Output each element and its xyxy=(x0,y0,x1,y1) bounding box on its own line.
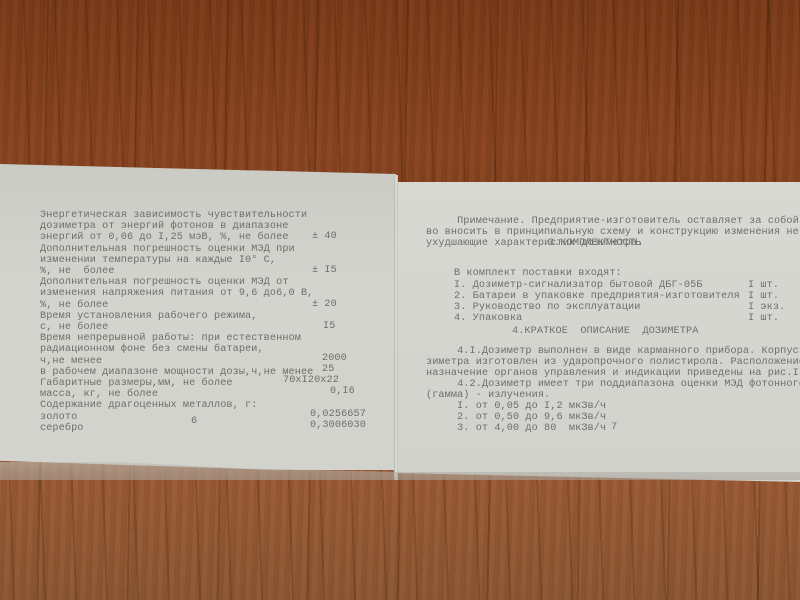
spec-value: 0,3006030 xyxy=(310,420,366,431)
spec-line: в рабочем диапазоне мощности дозы,ч,не м… xyxy=(40,367,313,378)
spec-value: ± 20 xyxy=(312,299,337,310)
spec-line: энергий от 0,06 до I,25 мэВ, %, не более xyxy=(40,232,289,243)
spec-line: %, не более xyxy=(40,300,108,311)
description-line: зиметра изготовлен из ударопрочного поли… xyxy=(426,357,800,368)
kit-item-qty: I шт. xyxy=(748,313,779,324)
spec-value: ± I5 xyxy=(312,265,337,276)
spec-line: изменения напряжения питания от 9,6 до6,… xyxy=(40,288,313,299)
spec-line: ч,не менее xyxy=(40,356,102,367)
kit-item-qty: I экз. xyxy=(748,302,785,313)
spec-line: радиационном фоне без смены батареи, xyxy=(40,344,264,355)
spec-value: 0,0256657 xyxy=(310,409,366,420)
spec-line: масса, кг, не более xyxy=(40,389,158,400)
kit-item-qty: I шт. xyxy=(748,291,779,302)
page-number-left: 6 xyxy=(191,416,197,427)
spec-value: 25 xyxy=(322,364,334,375)
description-line: назначение органов управления и индикаци… xyxy=(426,368,800,379)
spec-line: золото xyxy=(40,412,77,423)
spec-value: ± 40 xyxy=(312,231,337,242)
kit-item-name: 4. Упаковка xyxy=(454,313,522,324)
description-line: I. от 0,05 до I,2 мкЗв/ч xyxy=(426,401,606,412)
note-line: во вносить в принципиальную схему и конс… xyxy=(426,227,799,238)
spec-line: Время непрерывной работы: при естественн… xyxy=(40,333,301,344)
description-line: 3. от 4,00 до 80 мкЗв/ч xyxy=(426,423,606,434)
note-line: Примечание. Предприятие-изготовитель ост… xyxy=(426,216,800,227)
description-line: 4.I.Дозиметр выполнен в виде карманного … xyxy=(426,346,800,357)
spec-line: Время установления рабочего режима, xyxy=(40,311,257,322)
booklet-spine xyxy=(394,175,398,480)
kit-intro: В комплект поставки входят: xyxy=(454,268,622,279)
spec-line: серебро xyxy=(40,423,84,434)
spec-line: Дополнительная погрешность оценки МЭД от xyxy=(40,277,289,288)
right-page: Примечание. Предприятие-изготовитель ост… xyxy=(396,182,800,482)
left-page: Энергетическая зависимость чувствительно… xyxy=(0,164,396,470)
section-4-title: 4.КРАТКОЕ ОПИСАНИЕ ДОЗИМЕТРА xyxy=(512,326,698,337)
description-line: 2. от 0,50 до 9,6 мкЗв/ч xyxy=(426,412,606,423)
spec-value: 70xI20x22 xyxy=(283,375,339,386)
spec-value: 2000 xyxy=(322,353,347,364)
spec-line: Дополнительная погрешность оценки МЭД пр… xyxy=(40,244,295,255)
kit-item-name: 2. Батареи в упаковке предприятия-изгото… xyxy=(454,291,740,302)
spec-line: дозиметра от энергий фотонов в диапазоне xyxy=(40,221,289,232)
kit-item-name: 3. Руководство по эксплуатации xyxy=(454,302,640,313)
spec-line: с, не более xyxy=(40,322,108,333)
description-line: 4.2.Дозиметр имеет три поддиапазона оцен… xyxy=(426,379,800,390)
spec-line: %, не более xyxy=(40,266,115,277)
kit-item-qty: I шт. xyxy=(748,280,779,291)
section-3-title: 3.КОМПЛЕКТНОСТЬ xyxy=(548,238,641,249)
spec-line: изменении температуры на каждые I0° С, xyxy=(40,255,276,266)
spec-line: Содержание драгоценных металлов, г: xyxy=(40,400,257,411)
description-line: (гамма) - излучения. xyxy=(426,390,550,401)
spec-value: I5 xyxy=(323,321,335,332)
spec-line: Энергетическая зависимость чувствительно… xyxy=(40,210,307,221)
spec-value: 0,I6 xyxy=(330,386,355,397)
spec-line: Габаритные размеры,мм, не более xyxy=(40,378,233,389)
kit-item-name: I. Дозиметр-сигнализатор бытовой ДБГ-05Б xyxy=(454,280,703,291)
page-number-right: 7 xyxy=(611,422,617,433)
